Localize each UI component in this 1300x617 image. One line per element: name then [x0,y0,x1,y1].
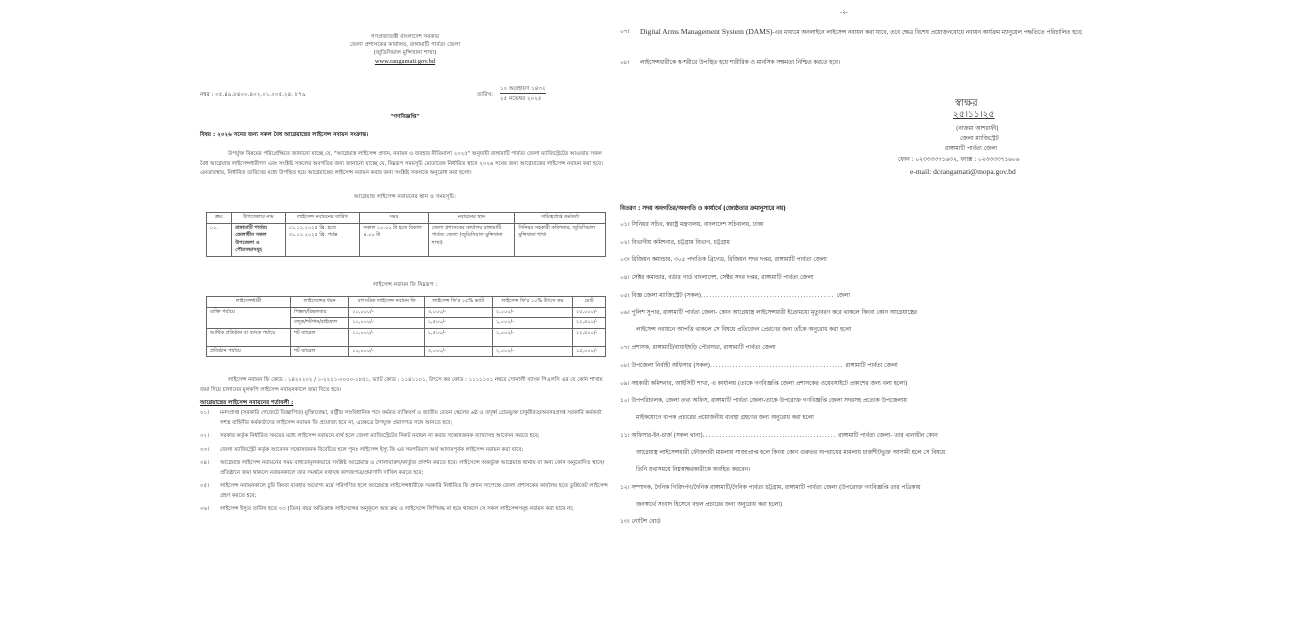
item-recipient: সহকারী কমিশনার, আইসিটি শাখা, এ কার্যালয়… [630,381,908,387]
column-header: লাইসেন্সের ধরন [290,297,348,308]
header-office: জেলা প্রশাসকের কার্যালয়, রাঙ্গামাটি পার… [200,42,610,49]
table-cell: সকাল ১০.০০ টা হতে বিকাল ৪.০০ টা [360,223,428,256]
table-cell: ১৫,০০০/- [573,346,606,357]
table-cell: ০১.১২.২০২৫ খ্রি. হতে ৩১.১২.২০২৫ খ্রি. পর… [285,223,360,256]
date-label: তারিখ: [477,92,493,99]
table-cell: ১,৫০০/- [424,318,492,329]
body-paragraph: উপর্যুক্ত বিষয়ের পরিপ্রেক্ষিতে জানানো য… [200,150,605,179]
condition-item: ০৪।আগ্নেয়াস্ত্র লাইসেন্স নবায়নের সময় … [200,459,608,478]
distribution-item: ০৭। প্রশাসক, রাঙ্গামাটি/বাঘাইছড়ি পৌরসভা… [620,343,1100,353]
notice-title: "গণবিজ্ঞপ্তি" [200,114,610,121]
header-section: (জুডিসিয়াল মুন্সিখানা শাখা) [200,50,610,57]
condition-number: ০৩। [200,446,220,456]
condition-number: ০৭। [620,29,630,36]
distribution-item: ০৯। সহকারী কমিশনার, আইসিটি শাখা, এ কার্য… [620,379,1100,389]
column-header: লাইসেন্স ফি'র ১৫% ভ্যাট [424,297,492,308]
table-cell: ১০,০০০/- [349,328,424,346]
table-header-row: ক্রম:উপজেলার নামলাইসেন্স নবায়নের তারিখস… [207,213,606,224]
page-number: -২- [840,10,848,17]
column-header: ক্রম: [207,213,232,224]
condition-number: ০৫। [200,482,220,501]
table-cell: ১০,০০০/- [349,318,424,329]
condition-number: ০১। [200,409,220,428]
condition-item: ০২।সরকার কর্তৃক নির্ধারিত সময়ের মধ্যে ল… [200,432,608,442]
condition-text: লাইসেন্সধারীকে স্ব-শরীরে উপস্থিত হয়ে শা… [640,60,840,67]
item-recipient: রিজিয়ন কমান্ডার, ৩০৫ পদাতিক ব্রিগেড, রি… [630,257,827,263]
table-cell: ১,০০০/- [492,318,572,329]
condition-number: ০২। [200,432,220,442]
item-number: ১২। [620,485,630,491]
notice-page-2: -২- ০৭। Digital Arms Management System (… [620,0,1100,617]
signatory-phone-fax: ফোন : ০২৩৩৩৩৭১৬৩২, ফ্যাক্স : ০২৩৩৩৩৭১৬০৬ [898,157,1019,164]
item-location: রাঙ্গামাটি পার্বত্য জেলা [844,363,898,369]
distribution-item: ০৮। উপজেলা নির্বাহী অফিসার (সকল)........… [620,361,1100,371]
table-cell: আর্থিক প্রতিষ্ঠান বা ব্যাংক পর্যায়ে [207,328,291,346]
item-continuation: আগ্নেয়াস্ত্র লাইসেন্সধারী ফৌজদারী মামলা… [620,448,1100,458]
signatory-district: রাঙ্গামাটি পার্বত্য জেলা [945,146,997,153]
conditions-list: ০১।মনদপ্রাপ্ত (সরকারি গেজেটে বিজ্ঞাপিত) … [200,409,608,519]
item-number: ০৯। [620,381,630,387]
schedule-table: ক্রম:উপজেলার নামলাইসেন্স নবায়নের তারিখস… [206,212,606,257]
distribution-item: ১২। সম্পাদক, দৈনিক গিরিদর্পণ/দৈনিক রাঙ্গ… [620,483,1100,510]
item-number: ০৪। [620,275,630,281]
subject-line: বিষয় : ২০২৬ সনের জন্য সকল বৈধ আগ্নেয়াস… [200,132,368,139]
memo-number: নম্বর : ০৫.৪৯.৮৪০০.৪০২.০১.০০৫.২৪. ৮৭৯ [200,92,306,99]
table-cell: পিস্তল/রিভলবার [290,307,348,318]
item-number: ১০। [620,398,630,404]
distribution-title: বিতরণ : সদয় অবগতির/অবগতি ও কার্যার্থে (… [620,206,786,213]
fill-dots: ........................................… [703,433,837,439]
table-cell: রাঙ্গামাটি পার্বত্য জেলাধীন সকল উপজেলা ও… [232,223,285,256]
condition-number: ০৮। [620,60,630,67]
item-location: জেলা [835,293,850,299]
column-header: দায়িত্বপ্রাপ্ত কর্মকর্তা [515,213,606,224]
condition-text: মনদপ্রাপ্ত (সরকারি গেজেটে বিজ্ঞাপিত) মুক… [220,409,608,428]
item-number: ০২। [620,240,630,246]
item-continuation: লাইসেন্স নবায়নে আপত্তি থাকলে সে বিষয়ে … [620,325,1100,335]
fee-code-note: লাইসেন্স নবায়ন ফি কোড : ১৪২২২০২ / ১-২২২… [200,376,605,395]
distribution-item: ১১। অফিসার-ইন-চার্জ (সকল থানা)..........… [620,431,1100,475]
table-cell: ১০,০০০/- [349,346,424,357]
condition-item: ০১।মনদপ্রাপ্ত (সরকারি গেজেটে বিজ্ঞাপিত) … [200,409,608,428]
condition-text: জেলা ম্যাজিস্ট্রেট কর্তৃক আবেদন সন্তোষজন… [220,446,608,456]
item-recipient: বিভাগীয় কমিশনার, চট্টগ্রাম বিভাগ, চট্টগ… [630,240,730,246]
table-cell: প্রতিষ্ঠান পর্যায়ে [207,346,291,357]
signatory-name: (নাজমা আশরাফী) [956,126,999,133]
item-recipient: অফিসার-ইন-চার্জ (সকল থানা) [630,433,703,439]
condition-item: ০৬।লাইসেন্স ইস্যুর তারিখ হতে ০৩ (তিন) বছ… [200,505,608,515]
table-row: ব্যক্তি পর্যায়েপিস্তল/রিভলবার২০,০০০/-৩,… [207,307,606,318]
signature-date: ২৫।১১।২৫ [953,112,995,119]
condition-text: Digital Arms Management System (DAMS)-এর… [640,26,1095,39]
table-cell: ৩,০০০/- [424,346,492,357]
item-recipient: সম্পাদক, দৈনিক গিরিদর্পণ/দৈনিক রাঙ্গামাট… [630,485,921,491]
condition-text: সরকার কর্তৃক নির্ধারিত সময়ের মধ্যে লাইস… [220,432,608,442]
schedule-title: আগ্নেয়াস্ত্র লাইসেন্স নবায়নের স্থান ও … [200,194,610,201]
distribution-item: ০৪। সেক্টর কমান্ডার, বর্ডার গার্ড বাংলাদ… [620,273,1100,283]
table-cell: ০১. [207,223,232,256]
table-cell: ২৫,০০০/- [573,307,606,318]
signatory-email[interactable]: e-mail: dcrangamati@mopa.gov.bd [910,168,1016,175]
item-number: ০৩। [620,257,630,263]
distribution-item: ০৩। রিজিয়ন কমান্ডার, ৩০৫ পদাতিক ব্রিগেড… [620,255,1100,265]
table-cell: ব্যক্তি পর্যায়ে [207,307,291,328]
item-recipient: উপপরিচালক, জেলা তথ্য অফিস, রাঙ্গামাটি পা… [630,398,907,404]
item-continuation: জনস্বার্থে সংবাদ হিসেবে বহুল প্রচারের জন… [620,500,1100,510]
distribution-item: ১৩। নোটিশ বোর্ড [620,517,1100,527]
condition-text: লাইসেন্স নবায়নকালে চুরি কিংবা ব্যবহার অ… [220,482,608,501]
distribution-list: ০১। সিনিয়র সচিব, স্বরাষ্ট্র মন্ত্রণালয়… [620,220,1100,535]
item-recipient: সিনিয়র সচিব, স্বরাষ্ট্র মন্ত্রণালয়, বা… [630,222,764,228]
table-cell: ২,০০০/- [492,346,572,357]
condition-text: লাইসেন্স ইস্যুর তারিখ হতে ০৩ (তিন) বছর অ… [220,505,608,515]
fee-table: লাইসেন্সধারীলাইসেন্সের ধরনবাৎসরিক লাইসেন… [206,296,606,357]
column-header: বাৎসরিক লাইসেন্স নবায়ন ফি [349,297,424,308]
item-continuation: মাইকযোগে ব্যপক প্রচারের প্রয়োজনীয় ব্যব… [620,413,1100,423]
item-recipient: পুলিশ সুপার, রাঙ্গামাটি পার্বত্য জেলা- ক… [630,310,917,316]
distribution-item: ০২। বিভাগীয় কমিশনার, চট্টগ্রাম বিভাগ, চ… [620,238,1100,248]
table-cell: ২,০০০/- [492,307,572,318]
distribution-item: ১০। উপপরিচালক, জেলা তথ্য অফিস, রাঙ্গামাট… [620,396,1100,423]
table-header-row: লাইসেন্সধারীলাইসেন্সের ধরনবাৎসরিক লাইসেন… [207,297,606,308]
item-location: রাঙ্গামাটি পার্বত্য জেলা- তার থানাধীন কো… [836,433,937,439]
distribution-item: ০১। সিনিয়র সচিব, স্বরাষ্ট্র মন্ত্রণালয়… [620,220,1100,230]
table-row: আর্থিক প্রতিষ্ঠান বা ব্যাংক পর্যায়েশট ব… [207,328,606,346]
table-cell: ১২,৫০০/- [573,318,606,329]
column-header: উপজেলার নাম [232,213,285,224]
dams-system-name: Digital Arms Management System (DAMS) [640,27,773,36]
date-bangla: ১০ অগ্রহায়ণ ১৪৩২ [500,86,546,94]
table-cell: বন্দুক/শটগান/রাইফেল [290,318,348,329]
condition-item: ০৫।লাইসেন্স নবায়নকালে চুরি কিংবা ব্যবহা… [200,482,608,501]
item-recipient: প্রশাসক, রাঙ্গামাটি/বাঘাইছড়ি পৌরসভা, রা… [630,345,776,351]
column-header: লাইসেন্সধারী [207,297,291,308]
item-number: ০৫। [620,293,630,299]
table-cell: ১২,৫০০/- [573,328,606,346]
table-cell: জেলা প্রশাসকের কার্যালয় রাঙ্গামাটি পার্… [428,223,515,256]
table-cell: ২০,০০০/- [349,307,424,318]
item-number: ০৮। [620,363,630,369]
item-number: ১১। [620,433,630,439]
condition-text: আগ্নেয়াস্ত্র লাইসেন্স নবায়নের সময় বাধ… [220,459,608,478]
table-cell: ১,০০০/- [492,328,572,346]
condition-number: ০৬। [200,505,220,515]
distribution-item: ০৬। পুলিশ সুপার, রাঙ্গামাটি পার্বত্য জেল… [620,308,1100,335]
item-continuation: তিনি যথাসময়ে নিম্নস্বাক্ষরকারীকে অবহিত … [620,465,1100,475]
date-english: ২৫ নভেম্বর ২০২৫ [500,96,542,103]
table-row: প্রতিষ্ঠান পর্যায়েশট ব্যারেল১০,০০০/-৩,০… [207,346,606,357]
notice-page-1: গণপ্রজাতন্ত্রী বাংলাদেশ সরকার জেলা প্রশা… [200,0,610,617]
column-header: সময় [360,213,428,224]
condition-number: ০৪। [200,459,220,478]
fill-dots: ........................................… [710,363,844,369]
item-recipient: উপজেলা নির্বাহী অফিসার (সকল) [630,363,710,369]
website-link[interactable]: www.rangamati.gov.bd [375,58,435,65]
table-cell: ৩,০০০/- [424,307,492,318]
signatory-designation: জেলা ম্যাজিস্ট্রেট [960,136,999,143]
table-cell: শট ব্যারেল [290,328,348,346]
item-number: ০১। [620,222,630,228]
condition-item: ০৩।জেলা ম্যাজিস্ট্রেট কর্তৃক আবেদন সন্তো… [200,446,608,456]
item-number: ০৭। [620,345,630,351]
column-header: মোট [573,297,606,308]
table-cell: ১,৫০০/- [424,328,492,346]
item-number: ১৩। [620,519,630,525]
item-number: ০৬। [620,310,630,316]
conditions-title: আগ্নেয়াস্ত্রের লাইসেন্স নবায়নের শর্তাব… [200,400,293,407]
distribution-item: ০৫। বিজ্ঞ জেলা ম্যাজিস্ট্রেট (সকল)......… [620,291,1100,301]
table-row: ০১.রাঙ্গামাটি পার্বত্য জেলাধীন সকল উপজেল… [207,223,606,256]
column-header: লাইসেন্স ফি'র ১০% উৎসে কর [492,297,572,308]
column-header: নবায়নের স্থান [428,213,515,224]
header-government: গণপ্রজাতন্ত্রী বাংলাদেশ সরকার [200,34,610,41]
column-header: লাইসেন্স নবায়নের তারিখ [285,213,360,224]
table-cell: সিনিয়র সহকারী কমিশনার, জুডিসিয়াল মুন্স… [515,223,606,256]
table-cell: শট ব্যারেল [290,346,348,357]
fill-dots: ........................................… [701,293,835,299]
item-recipient: নোটিশ বোর্ড [630,519,661,525]
item-recipient: বিজ্ঞ জেলা ম্যাজিস্ট্রেট (সকল) [630,293,701,299]
signature-scribble: স্বাক্ষর [955,100,978,107]
item-recipient: সেক্টর কমান্ডার, বর্ডার গার্ড বাংলাদেশ, … [630,275,814,281]
fee-title: লাইসেন্স নবায়ন ফি নিম্নরূপ : [200,282,610,289]
